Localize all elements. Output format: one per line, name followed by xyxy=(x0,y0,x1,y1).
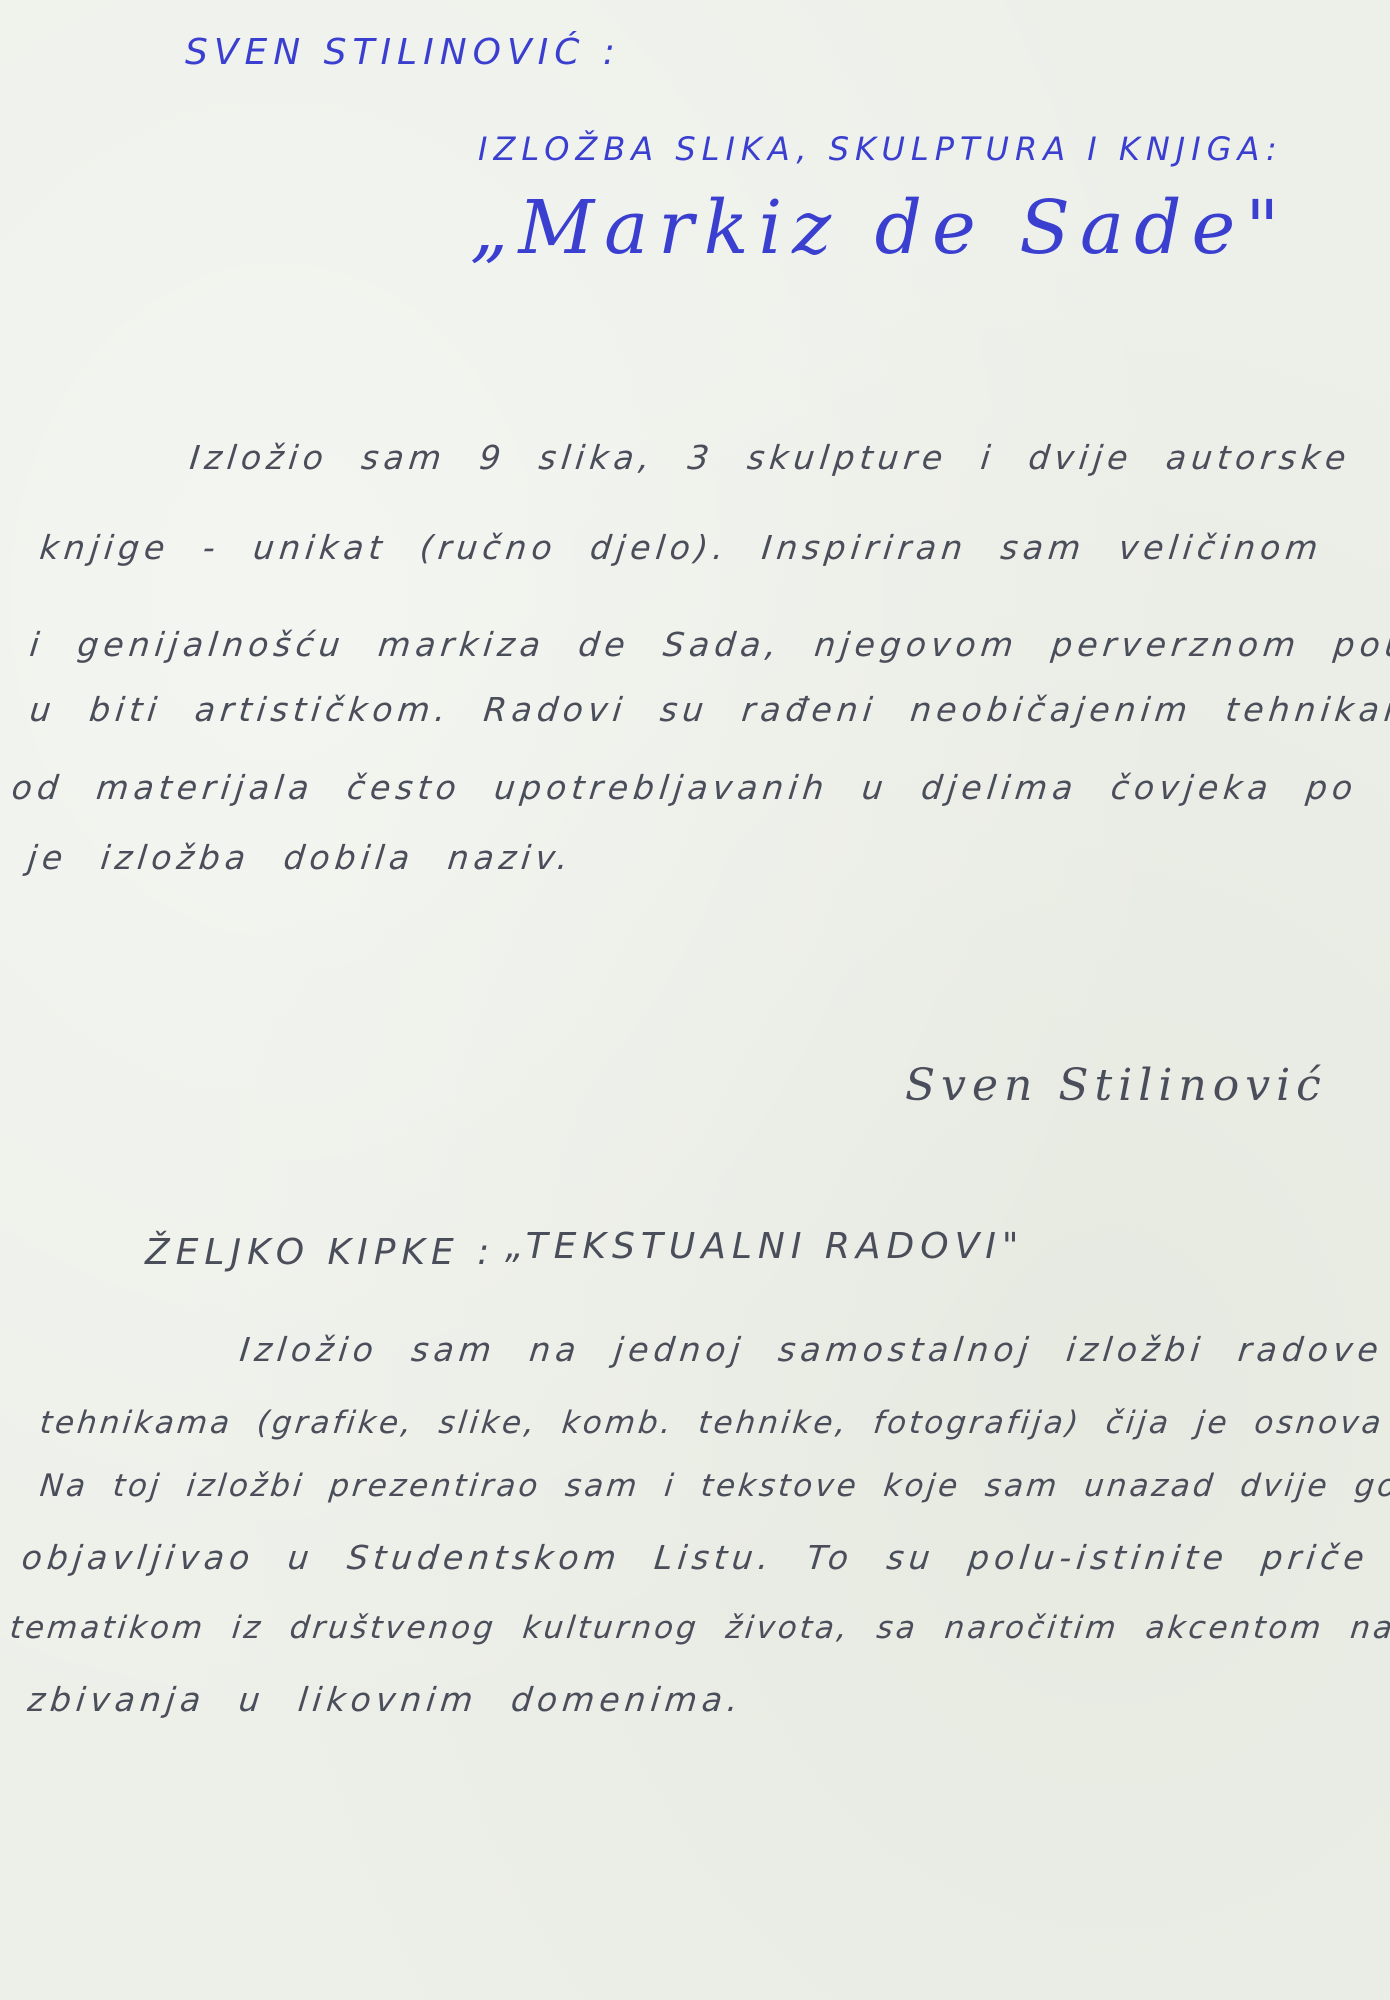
paragraph-line: Na toj izložbi prezentirao sam i tekstov… xyxy=(38,1468,1390,1504)
second-author-heading: ŽELJKO KIPKE : xyxy=(145,1232,495,1273)
paragraph-line: i genijalnošću markiza de Sada, njegovom… xyxy=(28,625,1390,664)
paragraph-line: objavljivao u Studentskom Listu. To su p… xyxy=(20,1538,1390,1577)
paragraph-line: tehnikama (grafike, slike, komb. tehnike… xyxy=(38,1405,1390,1441)
paragraph-line: knjige - unikat (ručno djelo). Inspirira… xyxy=(38,528,1325,567)
paragraph-line: Izložio sam na jednoj samostalnoj izložb… xyxy=(238,1330,1390,1369)
paragraph-line: je izložba dobila naziv. xyxy=(26,838,575,877)
author-heading: SVEN STILINOVIĆ : xyxy=(185,32,621,73)
exhibition-subtitle: IZLOŽBA SLIKA, SKULPTURA I KNJIGA: xyxy=(478,130,1283,168)
paragraph-line: tematikom iz društvenog kulturnog života… xyxy=(8,1610,1390,1646)
paragraph-line: u biti artističkom. Radovi su rađeni neo… xyxy=(28,690,1390,729)
second-work-title: „TEKSTUALNI RADOVI" xyxy=(505,1226,1024,1267)
exhibition-title: „Markiz de Sade" xyxy=(470,185,1289,271)
signature: Sven Stilinović xyxy=(905,1060,1327,1111)
paragraph-line: zbivanja u likovnim domenima. xyxy=(26,1680,745,1719)
paragraph-line: od materijala često upotrebljavanih u dj… xyxy=(10,768,1390,807)
handwritten-page: SVEN STILINOVIĆ : IZLOŽBA SLIKA, SKULPTU… xyxy=(0,0,1390,2000)
paragraph-line: Izložio sam 9 slika, 3 skulpture i dvije… xyxy=(188,438,1353,477)
